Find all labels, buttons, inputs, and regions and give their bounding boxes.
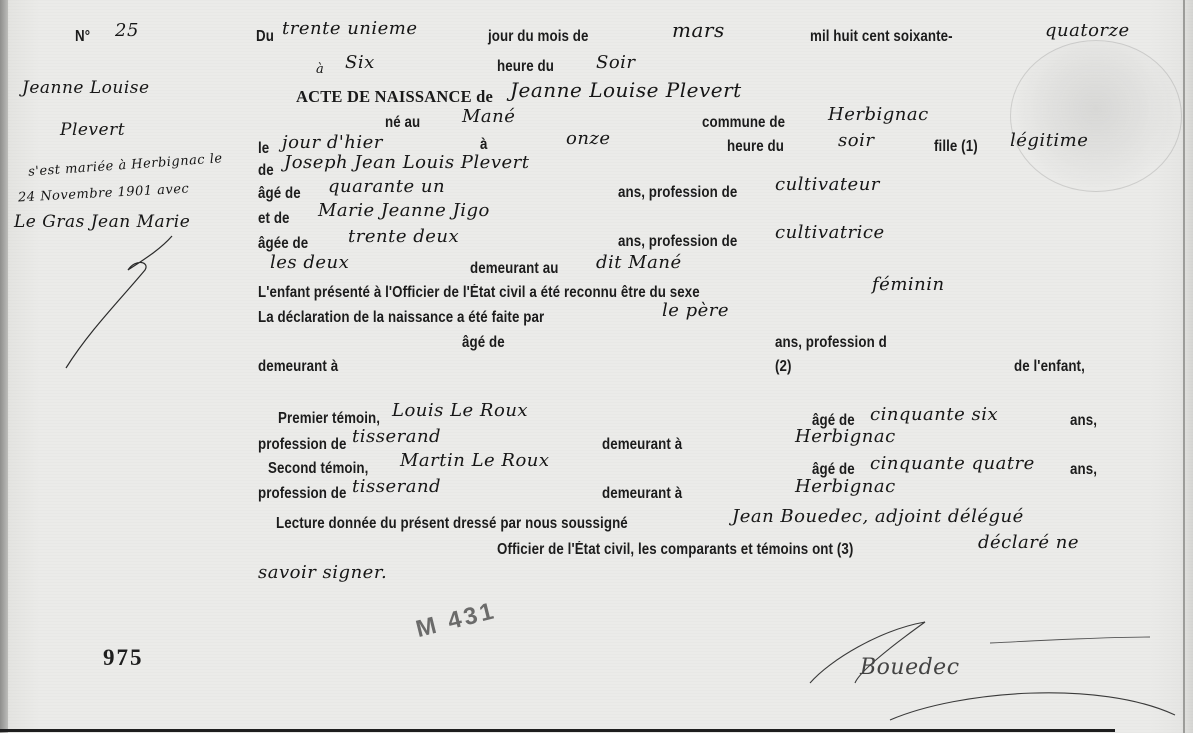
document-page: N° 25 Jeanne Louise Plevert s'est mariée… xyxy=(0,0,1193,733)
signature-tail xyxy=(990,637,1150,643)
page-bottom-rule xyxy=(0,729,1115,732)
signature-underline xyxy=(890,693,1175,720)
officer-signature: Bouedec xyxy=(860,655,960,680)
handwriting-strokes xyxy=(0,0,1193,733)
margin-flourish xyxy=(66,236,172,368)
